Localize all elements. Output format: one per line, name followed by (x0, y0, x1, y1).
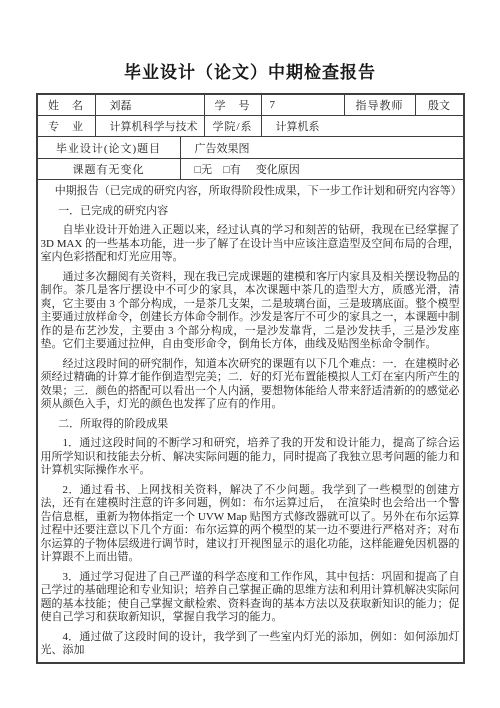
topic-change-label: 课题有无变化 (38, 159, 181, 179)
department-value: 计算机系 (262, 116, 463, 136)
form-row-major: 专 业 计算机科学与技术 学院/系 计算机系 (38, 116, 463, 137)
major-value: 计算机科学与技术 (96, 116, 205, 136)
document-page: 毕业设计（论文）中期检查报告 姓 名 刘磊 学 号 7 指导教师 殷文 专 业 … (0, 58, 500, 664)
advisor-value: 殷文 (416, 95, 463, 115)
checkbox-has-change: □有 (223, 161, 241, 177)
report-list-item-3: 3．通过学习促进了自己严谨的科学态度和工作作风，其中包括：巩固和提高了自己学过的… (41, 571, 460, 625)
department-label: 学院/系 (205, 116, 262, 136)
midterm-report-form: 姓 名 刘磊 学 号 7 指导教师 殷文 专 业 计算机科学与技术 学院/系 计… (36, 93, 465, 664)
student-id-value: 7 (262, 95, 345, 115)
checkbox-no-change: □无 (195, 161, 213, 177)
report-paragraph: 通过多次翻阅有关资料，现在我已完成课题的建模和客厅内家具及相关摆设物品的制作。茶… (41, 271, 460, 352)
report-section-1-heading: 一．已完成的研究内容 (41, 205, 460, 219)
report-header-line: 中期报告（已完成的研究内容，所取得阶段性成果，下一步工作计划和研究内容等） (41, 185, 460, 199)
report-paragraph: 经过这段时间的研究制作，知道本次研究的课题有以下几个难点：一．在建模时必须经过精… (41, 358, 460, 412)
report-list-item-1: 1．通过这段时间的不断学习和研究，培养了我的开发和设计能力，提高了综合运用所学知… (41, 437, 460, 478)
form-row-identity: 姓 名 刘磊 学 号 7 指导教师 殷文 (38, 95, 463, 116)
report-section-2-heading: 二．所取得的阶段成果 (41, 418, 460, 432)
report-paragraph: 自毕业设计开始进入正题以来，经过认真的学习和刻苦的钻研，我现在已经掌握了 3D … (41, 224, 460, 265)
topic-label: 毕业设计(论文)题目 (38, 137, 181, 158)
name-label: 姓 名 (38, 95, 96, 115)
name-value: 刘磊 (96, 95, 205, 115)
report-list-item-4: 4．通过做了这段时间的设计，我学到了一些室内灯光的添加，例如：如何添加灯光、添加 (41, 631, 460, 658)
change-reason-label: 变化原因 (256, 161, 300, 177)
page-title: 毕业设计（论文）中期检查报告 (0, 58, 500, 83)
form-row-topic: 毕业设计(论文)题目 广告效果图 (38, 137, 463, 159)
topic-value: 广告效果图 (181, 137, 463, 158)
topic-change-options: □无 □有 变化原因 (181, 159, 463, 179)
report-list-item-2: 2．通过看书、上网找相关资料，解决了不少问题。我学到了一些模型的创建方法，还有在… (41, 484, 460, 565)
form-row-report: 中期报告（已完成的研究内容，所取得阶段性成果，下一步工作计划和研究内容等） 一．… (38, 180, 463, 662)
advisor-label: 指导教师 (345, 95, 416, 115)
form-row-topic-change: 课题有无变化 □无 □有 变化原因 (38, 159, 463, 180)
major-label: 专 业 (38, 116, 96, 136)
student-id-label: 学 号 (205, 95, 262, 115)
report-body: 中期报告（已完成的研究内容，所取得阶段性成果，下一步工作计划和研究内容等） 一．… (38, 180, 463, 662)
